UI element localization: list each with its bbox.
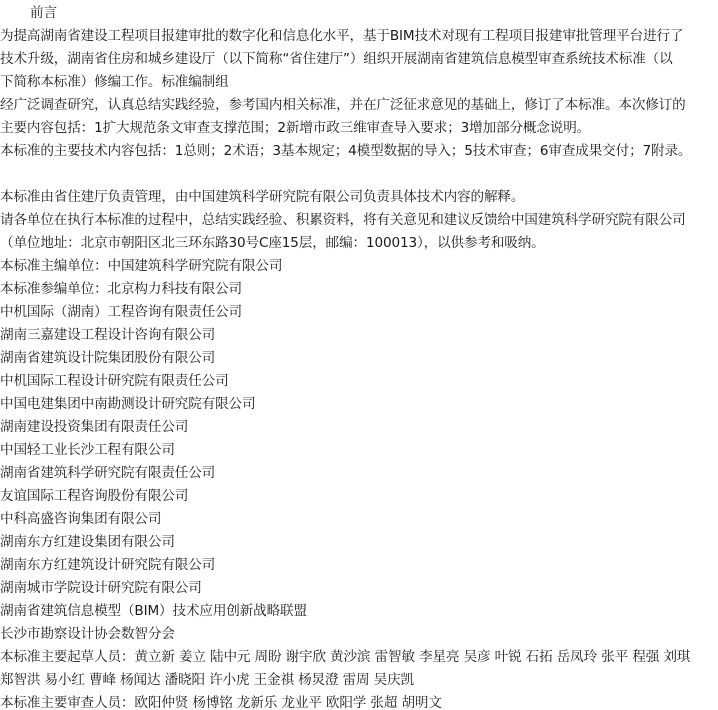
unit-item: 湖南三嘉建设工程设计咨询有限公司 <box>0 324 718 347</box>
intro-line: 主要内容包括：1扩大规范条文审查支撑范围；2新增市政三维审查导入要求；3增加部分… <box>0 117 718 140</box>
unit-item: 中国轻工业长沙工程有限公司 <box>0 439 718 462</box>
unit-item: 友谊国际工程咨询股份有限公司 <box>0 485 718 508</box>
intro-line: 为提高湖南省建设工程项目报建审批的数字化和信息化水平，基于BIM技术对现有工程项… <box>0 25 718 48</box>
unit-item: 湖南建设投资集团有限责任公司 <box>0 416 718 439</box>
document-page: 前言 为提高湖南省建设工程项目报建审批的数字化和信息化水平，基于BIM技术对现有… <box>0 0 718 710</box>
management-line: 请各单位在执行本标准的过程中，总结实践经验、积累资料，将有关意见和建议反馈给中国… <box>0 209 718 232</box>
paragraph-spacer <box>0 163 718 186</box>
drafters-line: 郑智洪 易小红 曹峰 杨闻达 潘晓阳 许小虎 王金祺 杨炅澄 雷周 吴庆凯 <box>0 669 718 692</box>
reviewers-line: 本标准主要审查人员：欧阳仲贤 杨博铭 龙新乐 龙业平 欧阳学 张超 胡明文 <box>0 692 718 710</box>
management-line: 本标准由省住建厅负责管理，由中国建筑科学研究院有限公司负责具体技术内容的解释。 <box>0 186 718 209</box>
intro-line: 本标准的主要技术内容包括：1总则；2术语；3基本规定；4模型数据的导入；5技术审… <box>0 140 718 163</box>
unit-item: 中机国际工程设计研究院有限责任公司 <box>0 370 718 393</box>
drafters-line: 本标准主要起草人员：黄立新 姜立 陆中元 周盼 谢宇欣 黄沙滨 雷智敏 李星亮 … <box>0 646 718 669</box>
unit-item: 湖南省建筑信息模型（BIM）技术应用创新战略联盟 <box>0 600 718 623</box>
intro-line: 技术升级，湖南省住房和城乡建设厅（以下简称“省住建厅”）组织开展湖南省建筑信息模… <box>0 48 718 71</box>
unit-item: 中机国际（湖南）工程咨询有限责任公司 <box>0 301 718 324</box>
unit-item: 中科高盛咨询集团有限公司 <box>0 508 718 531</box>
intro-line: 经广泛调查研究，认真总结实践经验，参考国内相关标准，并在广泛征求意见的基础上，修… <box>0 94 718 117</box>
unit-item: 湖南东方红建设集团有限公司 <box>0 531 718 554</box>
participating-units-list: 中机国际（湖南）工程咨询有限责任公司 湖南三嘉建设工程设计咨询有限公司 湖南省建… <box>0 301 718 646</box>
management-line: （单位地址：北京市朝阳区北三环东路30号C座15层，邮编：100013），以供参… <box>0 232 718 255</box>
unit-item: 中国电建集团中南勘测设计研究院有限公司 <box>0 393 718 416</box>
intro-line: 下简称本标准）修编工作。标准编制组 <box>0 71 718 94</box>
unit-item: 湖南东方红建筑设计研究院有限公司 <box>0 554 718 577</box>
unit-item: 湖南省建筑设计院集团股份有限公司 <box>0 347 718 370</box>
unit-item: 湖南城市学院设计研究院有限公司 <box>0 577 718 600</box>
chief-editor-unit: 本标准主编单位：中国建筑科学研究院有限公司 <box>0 255 718 278</box>
participating-units-label: 本标准参编单位：北京构力科技有限公司 <box>0 278 718 301</box>
unit-item: 长沙市勘察设计协会数智分会 <box>0 623 718 646</box>
unit-item: 湖南省建筑科学研究院有限责任公司 <box>0 462 718 485</box>
document-title: 前言 <box>0 2 718 25</box>
